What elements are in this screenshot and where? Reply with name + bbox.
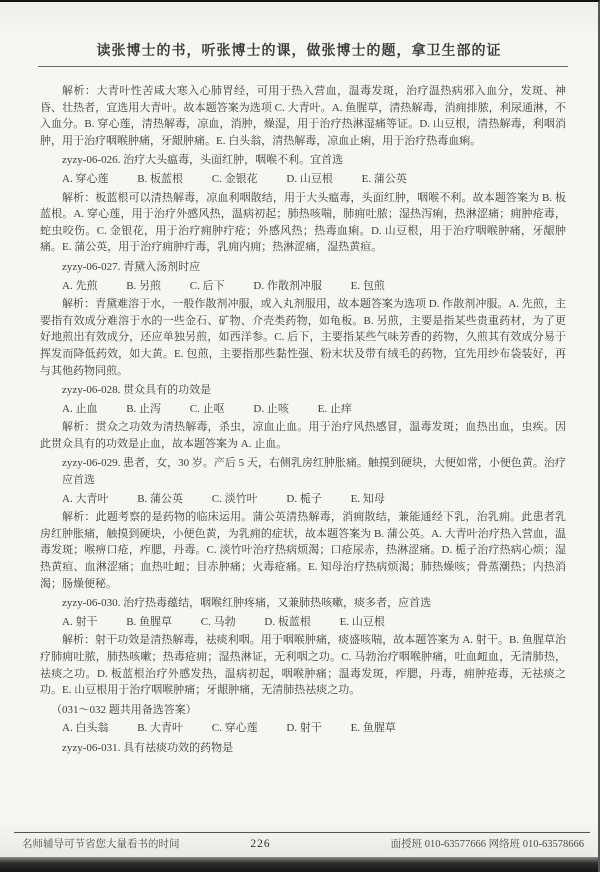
option-c: C. 后下: [190, 278, 225, 295]
options-030: A. 射干 B. 鱼腥草 C. 马勃 D. 板蓝根 E. 山豆根: [40, 614, 566, 631]
option-a: A. 射干: [62, 614, 97, 631]
option-d: D. 作散剂冲服: [253, 278, 321, 295]
question-027: zyzy-06-027. 青黛入汤剂时应: [40, 259, 566, 276]
option-d: D. 射干: [286, 720, 321, 737]
option-e: E. 包煎: [351, 278, 385, 295]
shared-options-heading: （031～032 题共用备选答案）: [40, 702, 566, 719]
option-c: C. 金银花: [212, 171, 258, 188]
option-d: D. 栀子: [286, 491, 321, 508]
option-b: B. 大青叶: [137, 720, 183, 737]
option-e: E. 蒲公英: [362, 171, 407, 188]
question-029: zyzy-06-029. 患者，女，30 岁。产后 5 天，右侧乳房红肿胀痛。触…: [40, 455, 566, 488]
option-b: B. 鱼腥草: [126, 614, 172, 631]
page-body: 解析：大青叶性苦咸大寒入心肺胃经，可用于热入营血，温毒发斑，治疗温热病邪入血分，…: [40, 83, 566, 757]
option-a: A. 白头翁: [62, 720, 108, 737]
footer-divider: [14, 832, 590, 833]
option-d: D. 山豆根: [286, 171, 332, 188]
option-a: A. 大青叶: [62, 491, 108, 508]
option-b: B. 止泻: [126, 401, 161, 418]
page-header-slogan: 读张博士的书，听张博士的课，做张博士的题，拿卫生部的证: [0, 2, 598, 60]
footer-contact: 面授班 010-63577666 网络班 010-63578666: [391, 836, 584, 851]
footer-slogan: 名师辅导可节省您大量看书的时间: [22, 836, 250, 851]
option-e: E. 山豆根: [340, 614, 385, 631]
option-e: E. 止痒: [318, 401, 352, 418]
analysis-027: 解析：青黛难溶于水，一般作散剂冲服，或入丸剂服用，故本题答案为选项 D. 作散剂…: [40, 296, 566, 379]
analysis-030: 解析：射干功效是清热解毒，祛痰利咽。用于咽喉肿痛，痰盛咳喘，故本题答案为 A. …: [40, 632, 566, 698]
option-c: C. 穿心莲: [212, 720, 258, 737]
option-b: B. 另煎: [126, 278, 161, 295]
option-e: E. 鱼腥草: [351, 720, 396, 737]
option-c: C. 止呕: [190, 401, 225, 418]
footer-row: 名师辅导可节省您大量看书的时间 226 面授班 010-63577666 网络班…: [0, 836, 598, 851]
analysis-026: 解析：板蓝根可以清热解毒，凉血利咽散结，用于大头瘟毒，头面红肿，咽喉不利。故本题…: [40, 190, 566, 256]
question-030: zyzy-06-030. 治疗热毒蕴结，咽喉红肿疼痛，又兼肺热咳嗽，痰多者，应首…: [40, 595, 566, 612]
option-c: C. 淡竹叶: [212, 491, 258, 508]
options-029: A. 大青叶 B. 蒲公英 C. 淡竹叶 D. 栀子 E. 知母: [40, 491, 566, 508]
option-a: A. 先煎: [62, 278, 97, 295]
question-031: zyzy-06-031. 具有祛痰功效的药物是: [40, 740, 566, 757]
options-027: A. 先煎 B. 另煎 C. 后下 D. 作散剂冲服 E. 包煎: [40, 278, 566, 295]
question-028: zyzy-06-028. 贯众具有的功效是: [40, 382, 566, 399]
question-026: zyzy-06-026. 治疗大头瘟毒，头面红肿，咽喉不利。宜首选: [40, 152, 566, 169]
option-d: D. 止咳: [253, 401, 288, 418]
option-a: A. 穿心莲: [62, 171, 108, 188]
options-026: A. 穿心莲 B. 板蓝根 C. 金银花 D. 山豆根 E. 蒲公英: [40, 171, 566, 188]
scanned-book-page: 读张博士的书，听张博士的课，做张博士的题，拿卫生部的证 解析：大青叶性苦咸大寒入…: [0, 0, 600, 872]
option-e: E. 知母: [351, 491, 385, 508]
analysis-paragraph: 解析：大青叶性苦咸大寒入心肺胃经，可用于热入营血，温毒发斑，治疗温热病邪入血分，…: [40, 83, 566, 149]
options-031-032: A. 白头翁 B. 大青叶 C. 穿心莲 D. 射干 E. 鱼腥草: [40, 720, 566, 737]
option-b: B. 蒲公英: [137, 491, 183, 508]
option-b: B. 板蓝根: [137, 171, 183, 188]
option-c: C. 马勃: [201, 614, 236, 631]
page-footer: 名师辅导可节省您大量看书的时间 226 面授班 010-63577666 网络班…: [0, 832, 598, 854]
header-divider: [38, 66, 568, 67]
options-028: A. 止血 B. 止泻 C. 止呕 D. 止咳 E. 止痒: [40, 401, 566, 418]
scan-edge-shadow: [0, 857, 598, 872]
option-a: A. 止血: [62, 401, 97, 418]
analysis-029: 解析：此题考察的是药物的临床运用。蒲公英清热解毒，消痈散结，兼能通经下乳，治乳痈…: [40, 509, 566, 592]
analysis-028: 解析：贯众之功效为清热解毒，杀虫，凉血止血。用于治疗风热感冒，温毒发斑；血热出血…: [40, 419, 566, 452]
page-number: 226: [250, 838, 270, 850]
option-d: D. 板蓝根: [264, 614, 310, 631]
